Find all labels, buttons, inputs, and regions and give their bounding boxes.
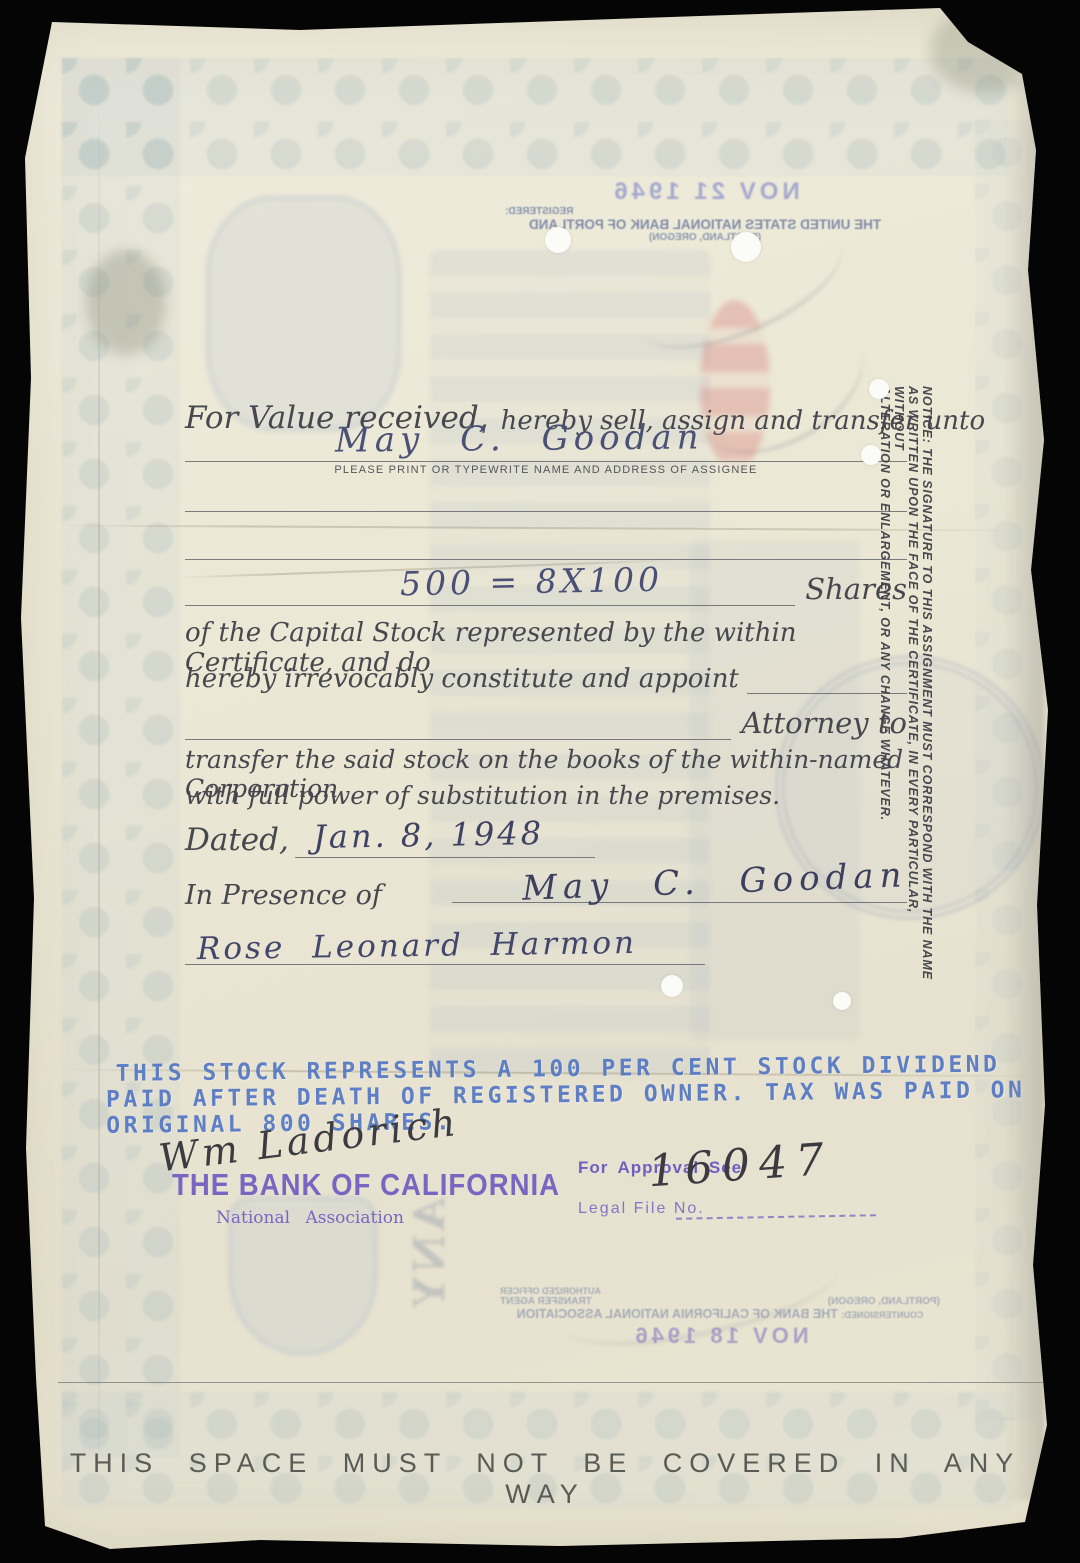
presence-label: In Presence of [185,880,382,911]
shares-row: 500 = 8X100 Shares [185,560,907,606]
certificate-scan: NOV 21 1946 REGISTERED: THE UNITED STATE… [0,0,1080,1563]
bank-stamp-name: THE BANK OF CALIFORNIA [172,1168,560,1203]
bleed-countersign-date-stamp: NOV 18 1946 [500,1323,940,1349]
legal-file-label: Legal File No. [578,1200,705,1218]
assignee-row: May C. Goodan [185,416,907,462]
attorney-row: Attorney to [185,700,907,740]
bleed-corner-fold [930,8,1040,93]
legal-file-number-handwriting: 16047 [646,1134,834,1198]
punch-hole-3 [869,379,889,399]
bleed-register-date-stamp: NOV 21 1946 [505,178,905,206]
printed-bottom-rule [58,1382,1043,1383]
witness-signature-row: Rose Leonard Harmon [185,918,705,965]
appoint-row: hereby irrevocably constitute and appoin… [185,654,907,694]
owner-signature-handwriting: May C. Goodan [521,855,908,908]
notice-line3: ALTERATION OR ENLARGEMENT, OR ANY CHANGE… [878,386,892,982]
bleed-countersigned-city: (PORTLAND, OREGON) [828,1296,940,1307]
assignee-name-handwriting: May C. Goodan [335,417,704,460]
punch-hole-4 [861,445,881,465]
bleed-countersigned-bank: THE BANK OF CALIFORNIA NATIONAL ASSOCIAT… [517,1307,838,1321]
bleed-authorized-officer: AUTHORIZED OFFICER [500,1286,940,1296]
bleed-countersigned-label: COUNTERSIGNED: [841,1310,923,1320]
notice-line2: AS WRITTEN UPON THE FACE OF THE CERTIFIC… [892,386,920,982]
punch-hole-1 [545,227,571,253]
punch-hole-5 [661,975,683,997]
dated-label: Dated, [185,822,289,858]
substitution-line: with full power of substitution in the p… [185,781,907,810]
shares-value-handwriting: 500 = 8X100 [400,560,664,604]
blank-line-1 [185,510,907,512]
certificate-back-paper: NOV 21 1946 REGISTERED: THE UNITED STATE… [0,0,1080,1563]
legal-file-rule [676,1214,876,1219]
dated-value-handwriting: Jan. 8, 1948 [313,814,545,856]
bleed-transfer-agent: TRANSFER AGENT [500,1296,592,1307]
signature-notice: NOTICE: THE SIGNATURE TO THIS ASSIGNMENT… [878,386,934,982]
notice-line1: NOTICE: THE SIGNATURE TO THIS ASSIGNMENT… [920,386,934,982]
punch-hole-6 [833,992,851,1010]
assignee-caption: PLEASE PRINT OR TYPEWRITE NAME AND ADDRE… [185,464,907,476]
witness-signature-handwriting: Rose Leonard Harmon [197,925,638,967]
bank-stamp-subtitle: National Association [180,1208,440,1228]
punch-hole-2 [731,232,761,262]
torn-edge-shading [1004,80,1044,1500]
bleed-border-top [62,58,1007,176]
owner-signature-row: May C. Goodan [452,852,907,903]
crease-vertical [98,60,100,1500]
footer-warning: THIS SPACE MUST NOT BE COVERED IN ANY WA… [60,1448,1030,1510]
bleed-registered-label: REGISTERED: [505,206,905,217]
bleed-countersign-block: AUTHORIZED OFFICER (PORTLAND, OREGON) TR… [500,1286,940,1349]
appoint-text: hereby irrevocably constitute and appoin… [185,664,739,694]
